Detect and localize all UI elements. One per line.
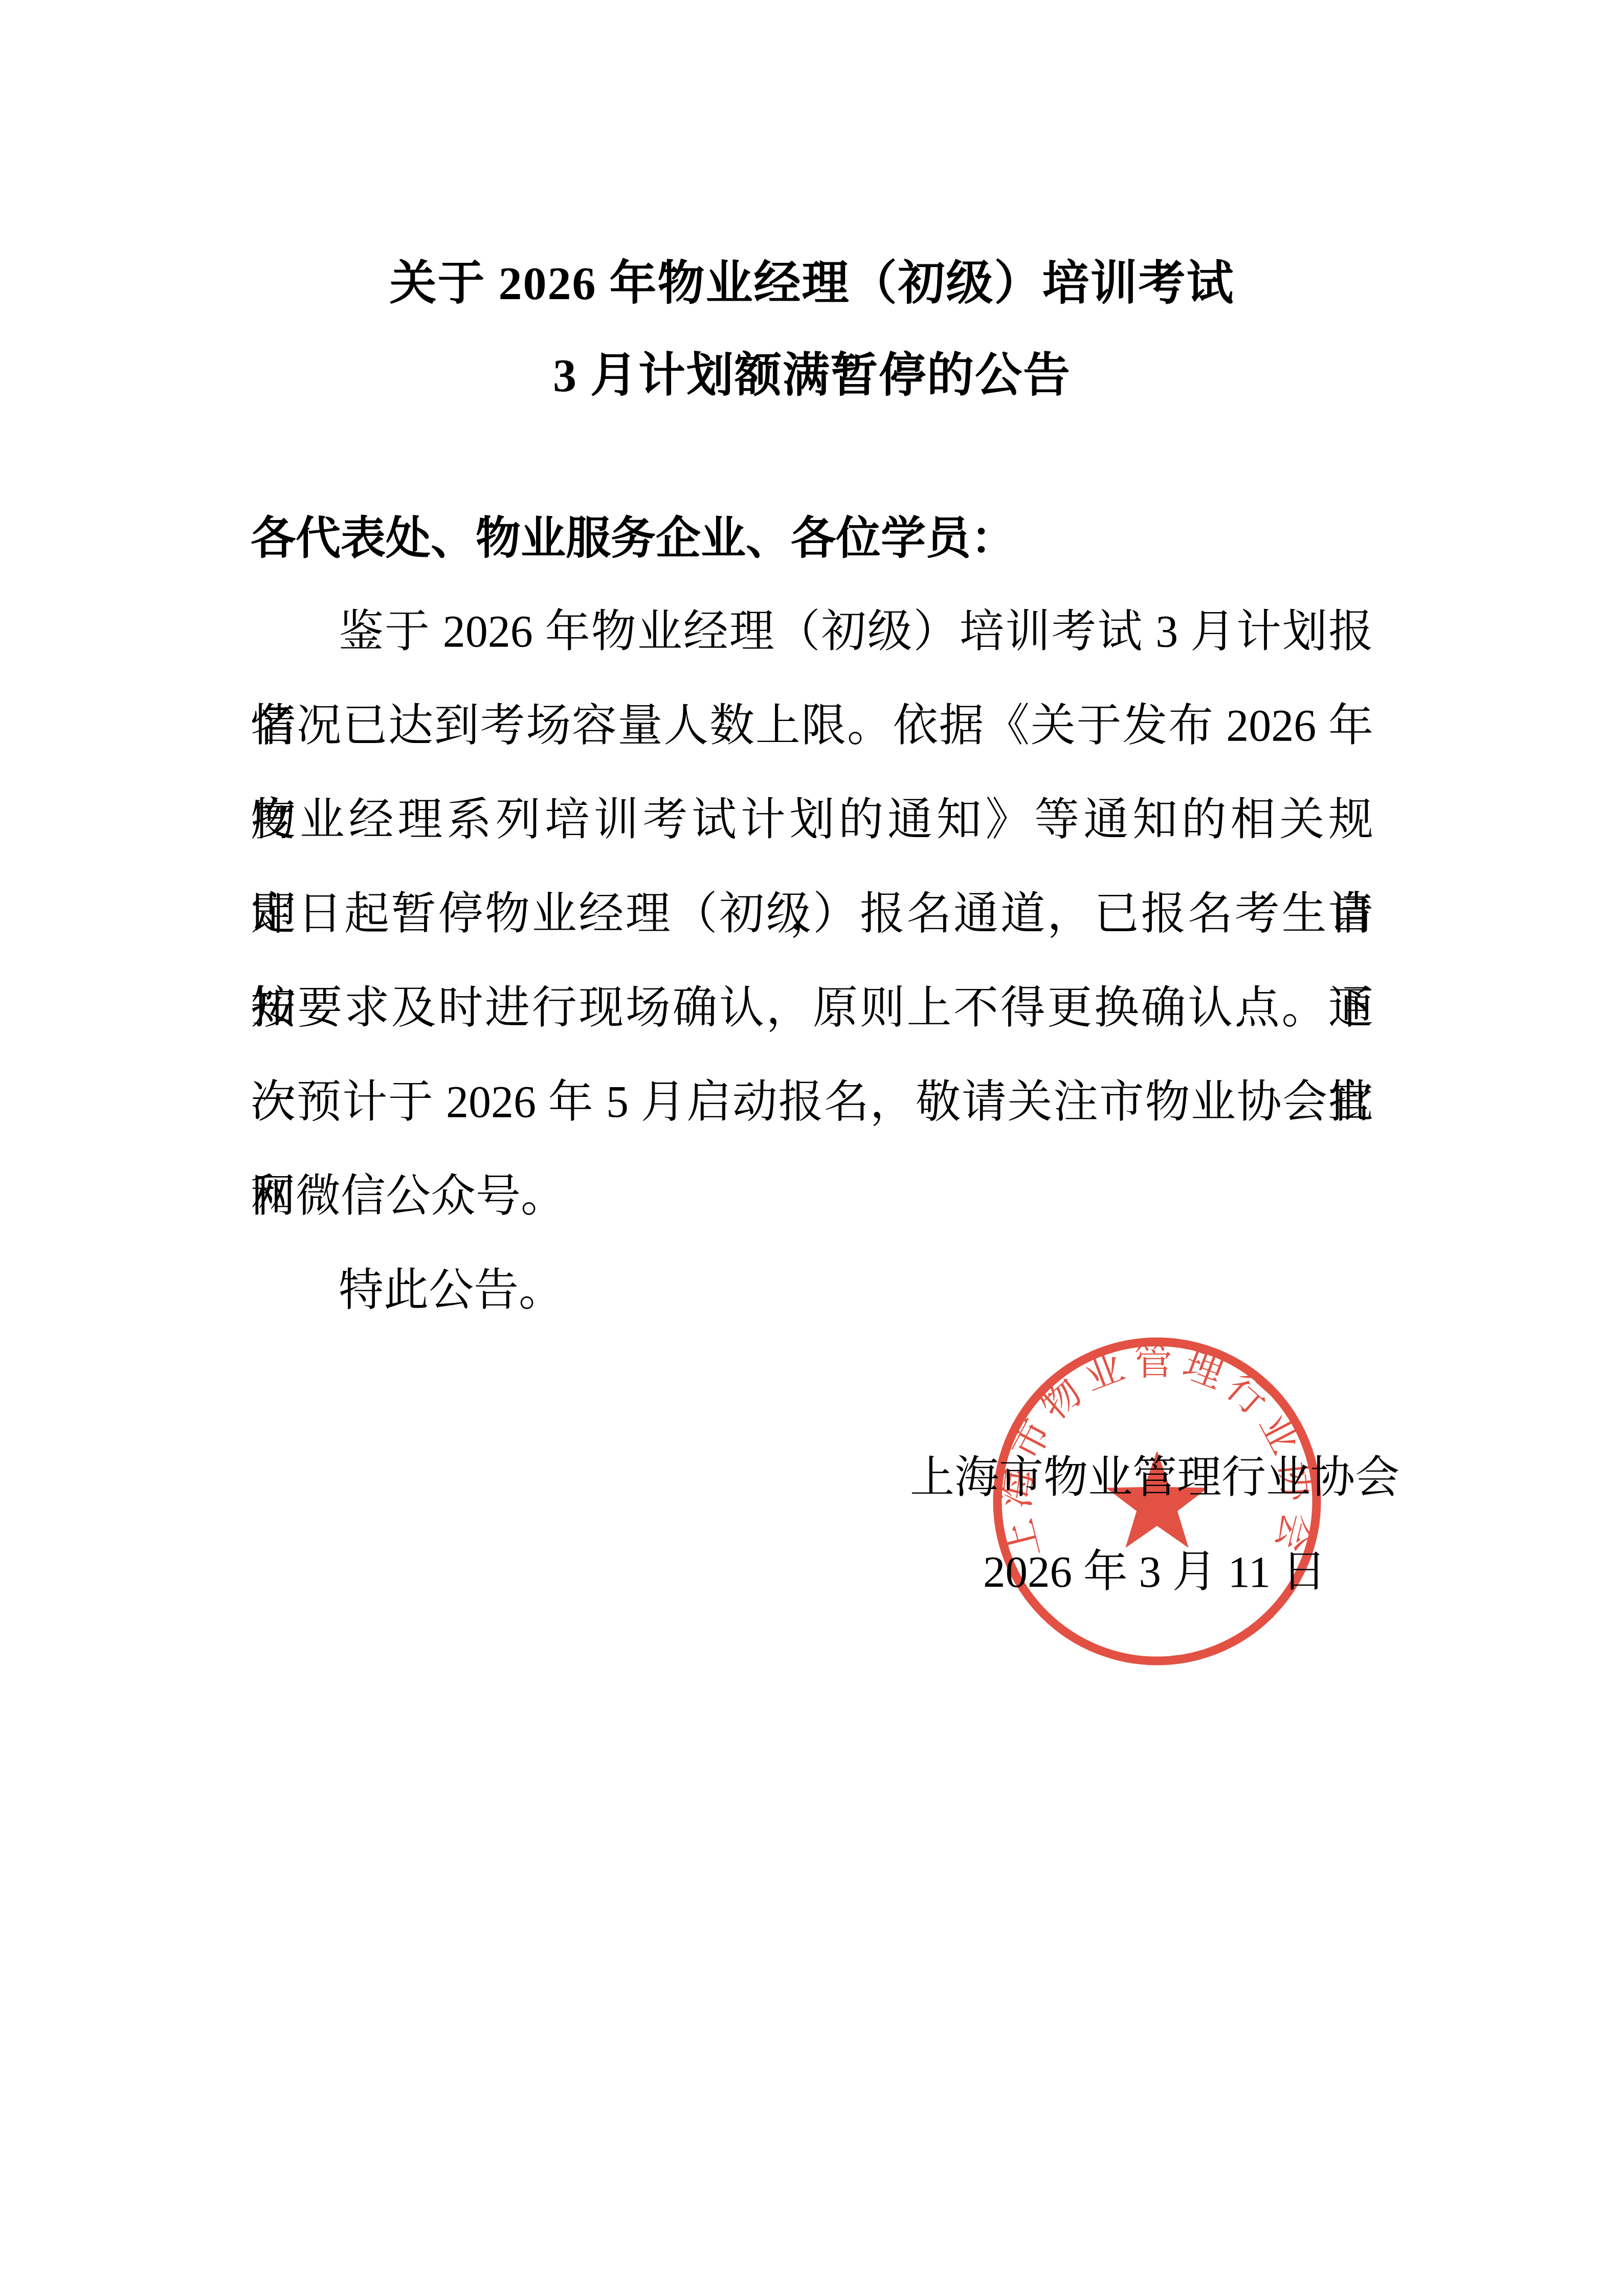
body-line: 次预计于 2026 年 5 月启动报名，敬请关注市物业协会官网 [251,1055,1373,1150]
announcement-page: 关于 2026 年物业经理（初级）培训考试 3 月计划额满暂停的公告 各代表处、… [0,0,1624,2296]
issuer-signature: 上海市物业管理行业协会 [905,1431,1404,1525]
body-line: 情况已达到考场容量人数上限。依据《关于发布 2026 年度 [251,679,1373,773]
body-line: 和微信公众号。 [251,1150,1373,1244]
document-body: 各代表处、物业服务企业、各位学员： 鉴于 2026 年物业经理（初级）培训考试 … [251,491,1373,1338]
salutation: 各代表处、物业服务企业、各位学员： [251,491,1373,585]
body-line: 鉴于 2026 年物业经理（初级）培训考试 3 月计划报名 [251,585,1373,679]
body-line: 知要求及时进行现场确认，原则上不得更换确认点。下一批 [251,961,1373,1055]
title-line-2: 3 月计划额满暂停的公告 [0,329,1624,421]
document-title: 关于 2026 年物业经理（初级）培训考试 3 月计划额满暂停的公告 [0,237,1624,421]
body-line: 物业经理系列培训考试计划的通知》等通知的相关规定，自 [251,773,1373,867]
issue-date: 2026 年 3 月 11 日 [905,1525,1404,1619]
title-line-1: 关于 2026 年物业经理（初级）培训考试 [0,237,1624,329]
body-line: 即日起暂停物业经理（初级）报名通道，已报名考生请按通 [251,867,1373,961]
closing-line: 特此公告。 [251,1244,1373,1338]
